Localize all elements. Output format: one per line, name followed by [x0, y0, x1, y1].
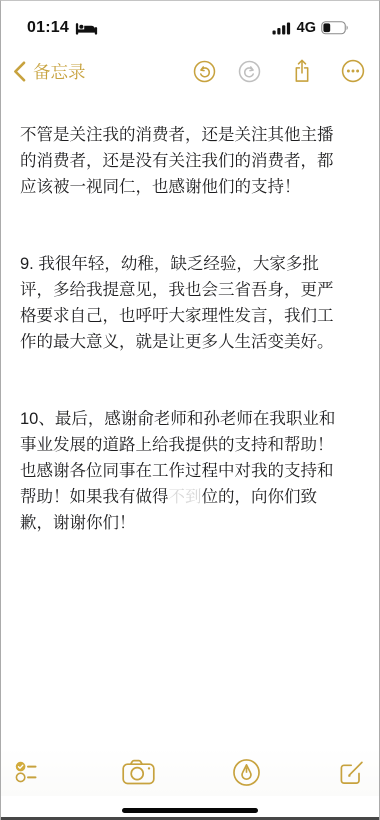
home-indicator[interactable] — [122, 808, 258, 813]
note-paragraph-3-faint-text: 不到 — [169, 488, 202, 506]
note-paragraph-3: 10、最后，感谢俞老师和孙老师在我职业和 事业发展的道路上给我提供的支持和帮助！… — [20, 406, 360, 536]
note-content-area[interactable]: 不管是关注我的消费者，还是关注其他主播 的消费者，还是没有关注我们的消费者，都 … — [1, 93, 379, 587]
network-type-label: 4G — [297, 20, 316, 36]
checklist-button[interactable] — [15, 761, 45, 783]
iphone-notes-screen: 01:14 4G — [0, 0, 380, 820]
chevron-left-icon — [13, 61, 26, 82]
camera-icon — [122, 759, 155, 785]
share-button[interactable] — [291, 58, 313, 84]
nav-actions — [193, 58, 365, 84]
bed-icon — [75, 20, 98, 36]
compose-button[interactable] — [338, 759, 365, 786]
compose-icon — [338, 759, 365, 786]
status-time: 01:14 — [27, 19, 69, 37]
status-bar-left: 01:14 — [27, 19, 98, 37]
cellular-signal-icon — [272, 22, 292, 35]
bottom-toolbar — [1, 748, 379, 796]
camera-button[interactable] — [122, 759, 155, 785]
nav-bar: 备忘录 — [1, 49, 379, 93]
undo-arrow-icon — [193, 60, 216, 83]
checklist-icon — [15, 761, 45, 783]
redo-arrow-icon — [238, 60, 261, 83]
undo-button[interactable] — [193, 60, 216, 83]
back-button[interactable]: 备忘录 — [13, 59, 86, 84]
back-button-label: 备忘录 — [33, 59, 86, 84]
markup-button[interactable] — [232, 758, 261, 787]
note-paragraph-2: 9. 我很年轻，幼稚，缺乏经验，大家多批 评，多给我提意见，我也会三省吾身，更严… — [20, 251, 360, 355]
share-icon — [291, 58, 313, 84]
status-bar: 01:14 4G — [1, 1, 379, 47]
status-bar-right: 4G — [272, 20, 349, 36]
redo-button[interactable] — [238, 60, 261, 83]
battery-icon — [321, 21, 349, 35]
ellipsis-circle-icon — [341, 59, 365, 83]
note-paragraph-1: 不管是关注我的消费者，还是关注其他主播 的消费者，还是没有关注我们的消费者，都 … — [20, 122, 360, 200]
markup-pen-icon — [232, 758, 261, 787]
more-options-button[interactable] — [341, 59, 365, 83]
